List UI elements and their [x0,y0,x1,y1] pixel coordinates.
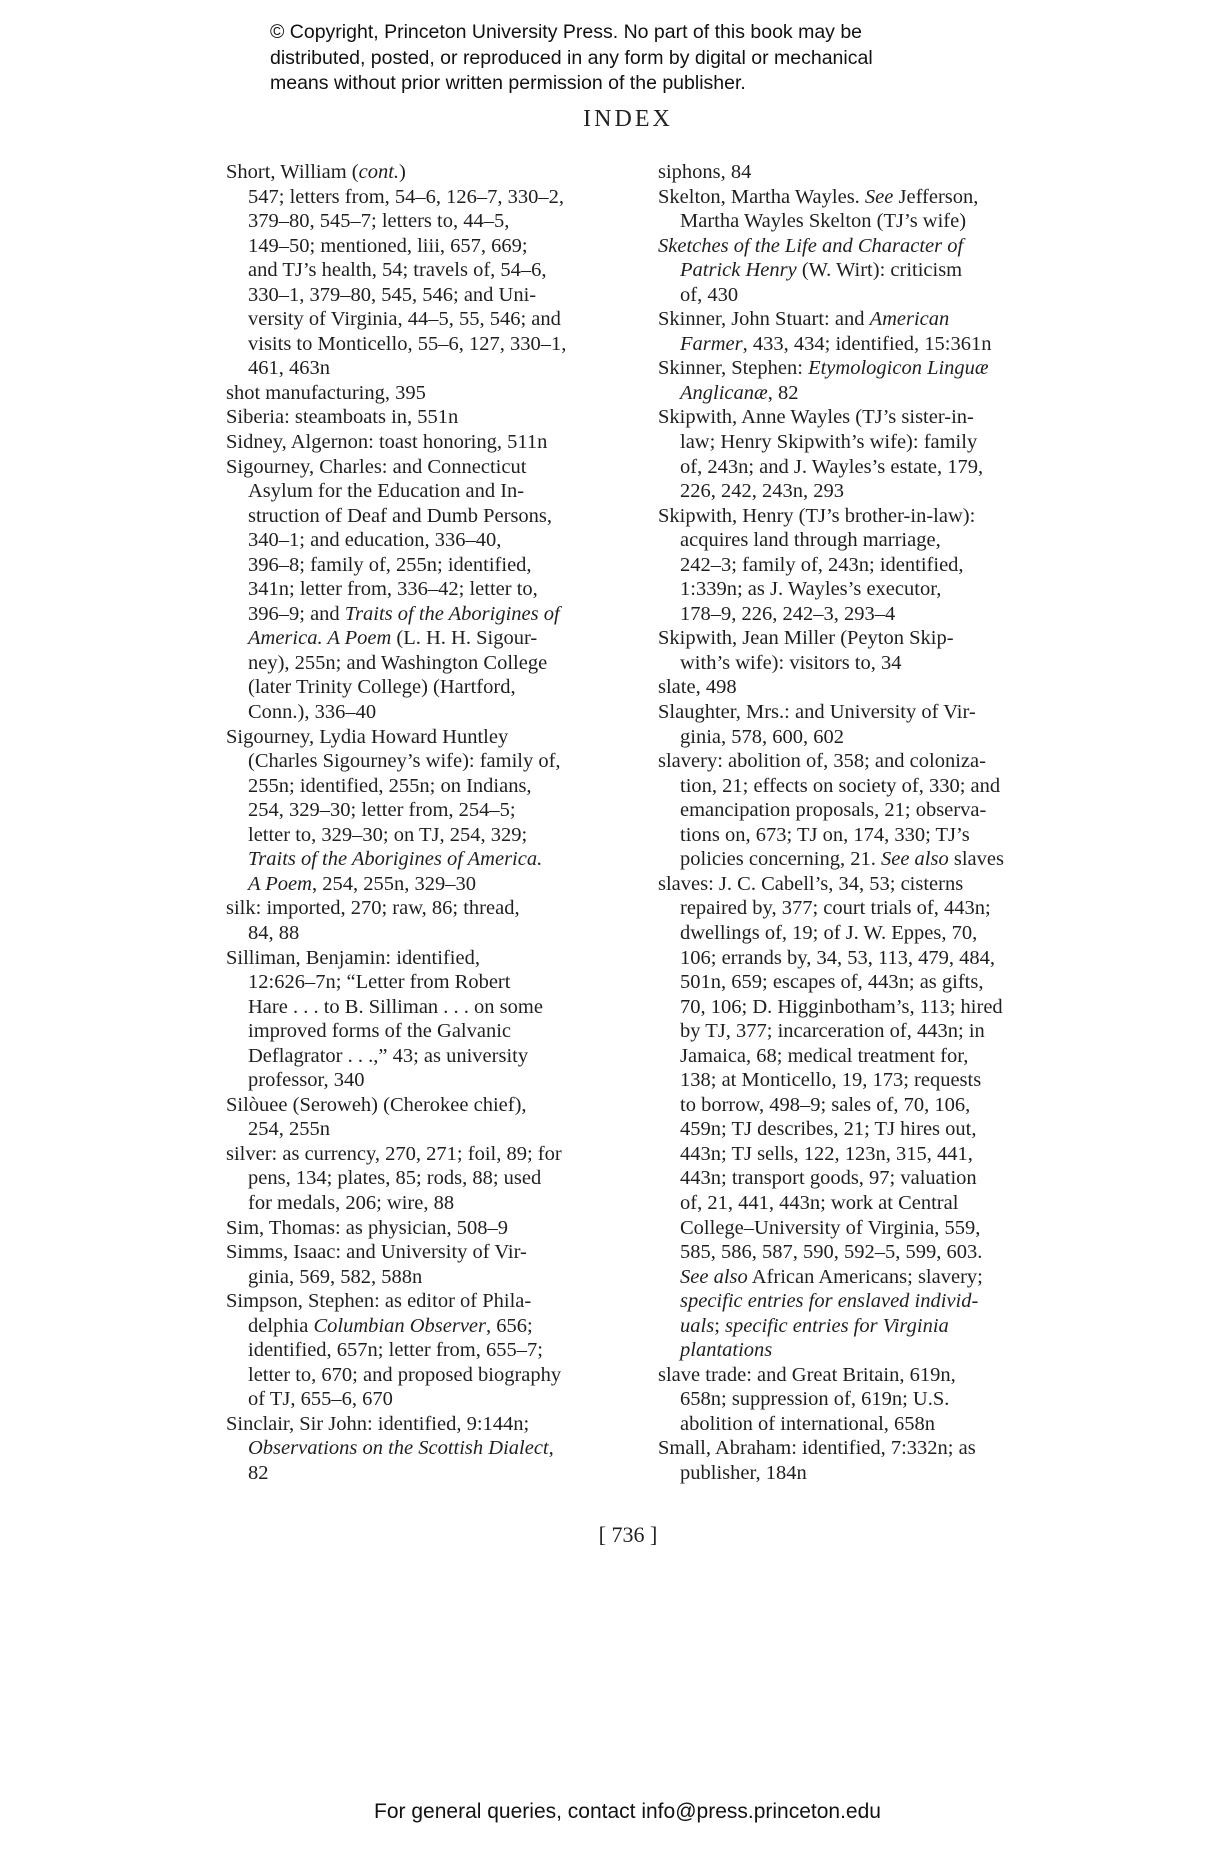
index-entry-continuation: Conn.), 336–40 [226,700,646,725]
entry-text: ) [399,161,406,183]
index-entry-continuation: 443n; TJ sells, 122, 123n, 315, 441, [658,1142,1078,1167]
entry-text: (Charles Sigourney’s wife): family of, [248,750,561,772]
entry-text: ney), 255n; and Washington College [248,652,547,674]
entry-text: (W. Wirt): criticism [797,259,962,281]
index-entry: Short, William (cont.) [226,160,646,185]
index-entry-continuation: tions on, 673; TJ on, 174, 330; TJ’s [658,823,1078,848]
entry-text: ; [714,1315,725,1337]
entry-text: pens, 134; plates, 85; rods, 88; used [248,1167,541,1189]
index-entry: Siberia: steamboats in, 551n [226,405,646,430]
index-entry-continuation: See also African Americans; slavery; [658,1265,1078,1290]
index-entry-continuation: 255n; identified, 255n; on Indians, [226,774,646,799]
italic-text: American [870,308,950,330]
entry-text: identified, 657n; letter from, 655–7; [248,1339,543,1361]
index-entry-continuation: 12:626–7n; “Letter from Robert [226,970,646,995]
entry-text: Silliman, Benjamin: identified, [226,947,480,969]
index-entry-continuation: pens, 134; plates, 85; rods, 88; used [226,1166,646,1191]
entry-text: Skipwith, Henry (TJ’s brother-in-law): [658,505,975,527]
entry-text: abolition of international, 658n [680,1413,935,1435]
entry-text: 547; letters from, 54–6, 126–7, 330–2, [248,186,564,208]
index-entry: Silliman, Benjamin: identified, [226,946,646,971]
entry-text: slate, 498 [658,676,737,698]
index-entry-continuation: Farmer, 433, 434; identified, 15:361n [658,332,1078,357]
index-entry-continuation: (later Trinity College) (Hartford, [226,675,646,700]
entry-text: Sigourney, Charles: and Connecticut [226,456,526,478]
index-entry-continuation: Observations on the Scottish Dialect, [226,1436,646,1461]
entry-text: 340–1; and education, 336–40, [248,529,501,551]
entry-text: Simpson, Stephen: as editor of Phila- [226,1290,531,1312]
entry-text: 254, 255n [248,1118,330,1140]
italic-text: uals [680,1315,714,1337]
index-entry: shot manufacturing, 395 [226,381,646,406]
index-entry-continuation: tion, 21; effects on society of, 330; an… [658,774,1078,799]
entry-text: Short, William ( [226,161,359,183]
entry-text: 461, 463n [248,357,330,379]
entry-text: 1:339n; as J. Wayles’s executor, [680,578,941,600]
entry-text: repaired by, 377; court trials of, 443n; [680,897,991,919]
entry-text: dwellings of, 19; of J. W. Eppes, 70, [680,922,977,944]
index-entry-continuation: ginia, 569, 582, 588n [226,1265,646,1290]
index-entry-continuation: to borrow, 498–9; sales of, 70, 106, [658,1093,1078,1118]
index-entry: Sketches of the Life and Character of [658,234,1078,259]
italic-text: America. A Poem [248,627,391,649]
entry-text: Sigourney, Lydia Howard Huntley [226,726,508,748]
copyright-line: distributed, posted, or reproduced in an… [270,46,970,72]
entry-text: (later Trinity College) (Hartford, [248,676,516,698]
index-entry-continuation: 106; errands by, 34, 53, 113, 479, 484, [658,946,1078,971]
index-entry: silver: as currency, 270, 271; foil, 89;… [226,1142,646,1167]
entry-text: Siberia: steamboats in, 551n [226,406,458,428]
entry-text: 330–1, 379–80, 545, 546; and Uni- [248,284,536,306]
entry-text: to borrow, 498–9; sales of, 70, 106, [680,1094,970,1116]
index-entry-continuation: 178–9, 226, 242–3, 293–4 [658,602,1078,627]
index-entry-continuation: 658n; suppression of, 619n; U.S. [658,1387,1078,1412]
entry-text: 396–8; family of, 255n; identified, [248,554,532,576]
index-entry: slave trade: and Great Britain, 619n, [658,1363,1078,1388]
index-entry-continuation: by TJ, 377; incarceration of, 443n; in [658,1019,1078,1044]
index-entry: Skipwith, Jean Miller (Peyton Skip- [658,626,1078,651]
italic-text: specific entries for Virginia [725,1315,949,1337]
entry-text: professor, 340 [248,1069,364,1091]
index-entry-continuation: emancipation proposals, 21; observa- [658,798,1078,823]
entry-text: 178–9, 226, 242–3, 293–4 [680,603,895,625]
italic-text: See [865,186,893,208]
index-entry-continuation: abolition of international, 658n [658,1412,1078,1437]
entry-text: Martha Wayles Skelton (TJ’s wife) [680,210,966,232]
entry-text: tions on, 673; TJ on, 174, 330; TJ’s [680,824,970,846]
italic-text: A Poem [248,873,312,895]
index-entry-continuation: 501n, 659; escapes of, 443n; as gifts, [658,970,1078,995]
index-entry: Small, Abraham: identified, 7:332n; as [658,1436,1078,1461]
italic-text: cont. [359,161,399,183]
index-entry: Skinner, John Stuart: and American [658,307,1078,332]
index-entry: Simms, Isaac: and University of Vir- [226,1240,646,1265]
footer-contact: For general queries, contact info@press.… [0,1800,1225,1824]
index-entry-continuation: publisher, 184n [658,1461,1078,1486]
index-entry-continuation: America. A Poem (L. H. H. Sigour- [226,626,646,651]
index-entry-continuation: 254, 255n [226,1117,646,1142]
index-entry: slate, 498 [658,675,1078,700]
index-entry-continuation: Jamaica, 68; medical treatment for, [658,1044,1078,1069]
index-entry: silk: imported, 270; raw, 86; thread, [226,896,646,921]
index-entry-continuation: 82 [226,1461,646,1486]
index-entry-continuation: delphia Columbian Observer, 656; [226,1314,646,1339]
index-entry-continuation: law; Henry Skipwith’s wife): family [658,430,1078,455]
index-entry-continuation: 1:339n; as J. Wayles’s executor, [658,577,1078,602]
entry-text: 379–80, 545–7; letters to, 44–5, [248,210,509,232]
index-entry-continuation: struction of Deaf and Dumb Persons, [226,504,646,529]
index-entry-continuation: of TJ, 655–6, 670 [226,1387,646,1412]
entry-text: policies concerning, 21. [680,848,881,870]
entry-text: Small, Abraham: identified, 7:332n; as [658,1437,976,1459]
entry-text: 658n; suppression of, 619n; U.S. [680,1388,949,1410]
index-entry-continuation: 459n; TJ describes, 21; TJ hires out, [658,1117,1078,1142]
italic-text: Traits of the Aborigines of America. [248,848,542,870]
entry-text: Slaughter, Mrs.: and University of Vir- [658,701,976,723]
index-entry-continuation: 70, 106; D. Higginbotham’s, 113; hired [658,995,1078,1020]
index-entry-continuation: Hare . . . to B. Silliman . . . on some [226,995,646,1020]
index-entry-continuation: 396–8; family of, 255n; identified, [226,553,646,578]
entry-text: for medals, 206; wire, 88 [248,1192,454,1214]
italic-text: See also [881,848,949,870]
index-entry-continuation: 443n; transport goods, 97; valuation [658,1166,1078,1191]
entry-text: slaves: J. C. Cabell’s, 34, 53; cisterns [658,873,963,895]
entry-text: law; Henry Skipwith’s wife): family [680,431,977,453]
copyright-notice: © Copyright, Princeton University Press.… [270,20,970,97]
entry-text: visits to Monticello, 55–6, 127, 330–1, [248,333,566,355]
entry-text: and TJ’s health, 54; travels of, 54–6, [248,259,547,281]
entry-text: Skipwith, Jean Miller (Peyton Skip- [658,627,954,649]
index-entry: Silòuee (Seroweh) (Cherokee chief), [226,1093,646,1118]
index-entry-continuation: 242–3; family of, 243n; identified, [658,553,1078,578]
entry-text: Skinner, Stephen: [658,357,808,379]
entry-text: emancipation proposals, 21; observa- [680,799,986,821]
index-entry-continuation: acquires land through marriage, [658,528,1078,553]
index-entry: slavery: abolition of, 358; and coloniza… [658,749,1078,774]
index-entry-continuation: dwellings of, 19; of J. W. Eppes, 70, [658,921,1078,946]
entry-text: by TJ, 377; incarceration of, 443n; in [680,1020,985,1042]
entry-text: , 656; [486,1315,533,1337]
entry-text: Skinner, John Stuart: and [658,308,870,330]
index-entry-continuation: 585, 586, 587, 590, 592–5, 599, 603. [658,1240,1078,1265]
index-entry-continuation: policies concerning, 21. See also slaves [658,847,1078,872]
entry-text: ginia, 569, 582, 588n [248,1266,422,1288]
index-entry: Skipwith, Henry (TJ’s brother-in-law): [658,504,1078,529]
entry-text: Asylum for the Education and In- [248,480,524,502]
entry-text: (L. H. H. Sigour- [391,627,537,649]
entry-text: 84, 88 [248,922,299,944]
index-entry-continuation: specific entries for enslaved individ- [658,1289,1078,1314]
index-entry: Skelton, Martha Wayles. See Jefferson, [658,185,1078,210]
entry-text: 226, 242, 243n, 293 [680,480,844,502]
entry-text: 106; errands by, 34, 53, 113, 479, 484, [680,947,995,969]
index-entry-continuation: for medals, 206; wire, 88 [226,1191,646,1216]
index-entry-continuation: versity of Virginia, 44–5, 55, 546; and [226,307,646,332]
index-entry-continuation: 330–1, 379–80, 545, 546; and Uni- [226,283,646,308]
italic-text: Etymologicon Linguæ [808,357,989,379]
index-entry-continuation: 547; letters from, 54–6, 126–7, 330–2, [226,185,646,210]
index-entry-continuation: Patrick Henry (W. Wirt): criticism [658,258,1078,283]
entry-text: 501n, 659; escapes of, 443n; as gifts, [680,971,983,993]
index-entry-continuation: Traits of the Aborigines of America. [226,847,646,872]
index-entry-continuation: 84, 88 [226,921,646,946]
index-entry-continuation: (Charles Sigourney’s wife): family of, [226,749,646,774]
index-entry-continuation: of, 430 [658,283,1078,308]
entry-text: ginia, 578, 600, 602 [680,726,844,748]
entry-text: 82 [248,1462,269,1484]
entry-text: siphons, 84 [658,161,751,183]
entry-text: 396–9; and [248,603,345,625]
entry-text: letter to, 329–30; on TJ, 254, 329; [248,824,527,846]
index-entry: Simpson, Stephen: as editor of Phila- [226,1289,646,1314]
index-column-right: siphons, 84Skelton, Martha Wayles. See J… [658,160,1078,1486]
index-entry-continuation: 226, 242, 243n, 293 [658,479,1078,504]
copyright-line: © Copyright, Princeton University Press.… [270,20,970,46]
index-entry: Skinner, Stephen: Etymologicon Linguæ [658,356,1078,381]
entry-text: tion, 21; effects on society of, 330; an… [680,775,1000,797]
entry-text: letter to, 670; and proposed biography [248,1364,561,1386]
entry-text: shot manufacturing, 395 [226,382,426,404]
entry-text: Silòuee (Seroweh) (Cherokee chief), [226,1094,527,1116]
index-entry-continuation: improved forms of the Galvanic [226,1019,646,1044]
index-entry: Sigourney, Charles: and Connecticut [226,455,646,480]
entry-text: 459n; TJ describes, 21; TJ hires out, [680,1118,976,1140]
italic-text: specific entries for enslaved individ- [680,1290,978,1312]
index-entry-continuation: ney), 255n; and Washington College [226,651,646,676]
entry-text: 255n; identified, 255n; on Indians, [248,775,532,797]
entry-text: of TJ, 655–6, 670 [248,1388,393,1410]
entry-text: improved forms of the Galvanic [248,1020,511,1042]
index-entry-continuation: and TJ’s health, 54; travels of, 54–6, [226,258,646,283]
entry-text: Deflagrator . . .,” 43; as university [248,1045,528,1067]
italic-text: Traits of the Aborigines of [345,603,560,625]
index-entry-continuation: 461, 463n [226,356,646,381]
index-entry: siphons, 84 [658,160,1078,185]
entry-text: 254, 329–30; letter from, 254–5; [248,799,516,821]
index-entry-continuation: ginia, 578, 600, 602 [658,725,1078,750]
section-title: INDEX [0,106,1225,133]
index-entry: Sim, Thomas: as physician, 508–9 [226,1216,646,1241]
italic-text: plantations [680,1339,772,1361]
index-entry-continuation: 138; at Monticello, 19, 173; requests [658,1068,1078,1093]
entry-text: 585, 586, 587, 590, 592–5, 599, 603. [680,1241,982,1263]
entry-text: 443n; transport goods, 97; valuation [680,1167,977,1189]
entry-text: 138; at Monticello, 19, 173; requests [680,1069,981,1091]
copyright-line: means without prior written permission o… [270,71,970,97]
entry-text: Conn.), 336–40 [248,701,376,723]
index-entry-continuation: of, 21, 441, 443n; work at Central [658,1191,1078,1216]
entry-text: Jefferson, [893,186,978,208]
entry-text: Skelton, Martha Wayles. [658,186,865,208]
entry-text: of, 430 [680,284,738,306]
entry-text: silk: imported, 270; raw, 86; thread, [226,897,520,919]
entry-text: 443n; TJ sells, 122, 123n, 315, 441, [680,1143,973,1165]
entry-text: 12:626–7n; “Letter from Robert [248,971,510,993]
entry-text: silver: as currency, 270, 271; foil, 89;… [226,1143,562,1165]
entry-text: 341n; letter from, 336–42; letter to, [248,578,538,600]
index-entry-continuation: College–University of Virginia, 559, [658,1216,1078,1241]
entry-text: delphia [248,1315,313,1337]
index-entry-continuation: Deflagrator . . .,” 43; as university [226,1044,646,1069]
entry-text: , [549,1437,554,1459]
entry-text: African Americans; slavery; [748,1266,983,1288]
index-entry: slaves: J. C. Cabell’s, 34, 53; cisterns [658,872,1078,897]
entry-text: slave trade: and Great Britain, 619n, [658,1364,956,1386]
index-entry-continuation: 340–1; and education, 336–40, [226,528,646,553]
index-entry-continuation: professor, 340 [226,1068,646,1093]
index-entry-continuation: Martha Wayles Skelton (TJ’s wife) [658,209,1078,234]
entry-text: , 82 [768,382,799,404]
index-entry-continuation: 254, 329–30; letter from, 254–5; [226,798,646,823]
italic-text: See also [680,1266,748,1288]
entry-text: of, 21, 441, 443n; work at Central [680,1192,958,1214]
index-entry: Slaughter, Mrs.: and University of Vir- [658,700,1078,725]
index-entry: Skipwith, Anne Wayles (TJ’s sister-in- [658,405,1078,430]
index-column-left: Short, William (cont.)547; letters from,… [226,160,646,1486]
italic-text: Columbian Observer [313,1315,486,1337]
italic-text: Observations on the Scottish Dialect [248,1437,549,1459]
italic-text: Patrick Henry [680,259,797,281]
entry-text: , 254, 255n, 329–30 [312,873,476,895]
entry-text: Jamaica, 68; medical treatment for, [680,1045,968,1067]
index-entry-continuation: repaired by, 377; court trials of, 443n; [658,896,1078,921]
index-entry: Sinclair, Sir John: identified, 9:144n; [226,1412,646,1437]
entry-text: Sinclair, Sir John: identified, 9:144n; [226,1413,529,1435]
index-entry-continuation: letter to, 329–30; on TJ, 254, 329; [226,823,646,848]
index-entry-continuation: uals; specific entries for Virginia [658,1314,1078,1339]
italic-text: Anglicanæ [680,382,768,404]
entry-text: College–University of Virginia, 559, [680,1217,980,1239]
entry-text: acquires land through marriage, [680,529,941,551]
italic-text: Sketches of the Life and Character of [658,235,963,257]
entry-text: 242–3; family of, 243n; identified, [680,554,964,576]
index-entry: Sidney, Algernon: toast honoring, 511n [226,430,646,455]
index-entry-continuation: A Poem, 254, 255n, 329–30 [226,872,646,897]
entry-text: Skipwith, Anne Wayles (TJ’s sister-in- [658,406,974,428]
index-entry-continuation: plantations [658,1338,1078,1363]
entry-text: 70, 106; D. Higginbotham’s, 113; hired [680,996,1003,1018]
italic-text: Farmer [680,333,743,355]
index-entry-continuation: Asylum for the Education and In- [226,479,646,504]
index-entry-continuation: identified, 657n; letter from, 655–7; [226,1338,646,1363]
entry-text: struction of Deaf and Dumb Persons, [248,505,552,527]
entry-text: versity of Virginia, 44–5, 55, 546; and [248,308,561,330]
entry-text: Simms, Isaac: and University of Vir- [226,1241,527,1263]
entry-text: of, 243n; and J. Wayles’s estate, 179, [680,456,983,478]
index-entry-continuation: 341n; letter from, 336–42; letter to, [226,577,646,602]
index-entry-continuation: with’s wife): visitors to, 34 [658,651,1078,676]
entry-text: publisher, 184n [680,1462,807,1484]
entry-text: Sidney, Algernon: toast honoring, 511n [226,431,547,453]
index-entry-continuation: of, 243n; and J. Wayles’s estate, 179, [658,455,1078,480]
entry-text: , 433, 434; identified, 15:361n [743,333,992,355]
entry-text: slavery: abolition of, 358; and coloniza… [658,750,986,772]
index-entry-continuation: 149–50; mentioned, liii, 657, 669; [226,234,646,259]
page-number: [ 736 ] [0,1522,1225,1548]
index-entry-continuation: 379–80, 545–7; letters to, 44–5, [226,209,646,234]
entry-text: Sim, Thomas: as physician, 508–9 [226,1217,508,1239]
index-entry: Sigourney, Lydia Howard Huntley [226,725,646,750]
entry-text: with’s wife): visitors to, 34 [680,652,902,674]
index-entry-continuation: visits to Monticello, 55–6, 127, 330–1, [226,332,646,357]
entry-text: Hare . . . to B. Silliman . . . on some [248,996,543,1018]
entry-text: 149–50; mentioned, liii, 657, 669; [248,235,528,257]
index-entry-continuation: Anglicanæ, 82 [658,381,1078,406]
entry-text: slaves [949,848,1004,870]
index-entry-continuation: letter to, 670; and proposed biography [226,1363,646,1388]
index-entry-continuation: 396–9; and Traits of the Aborigines of [226,602,646,627]
